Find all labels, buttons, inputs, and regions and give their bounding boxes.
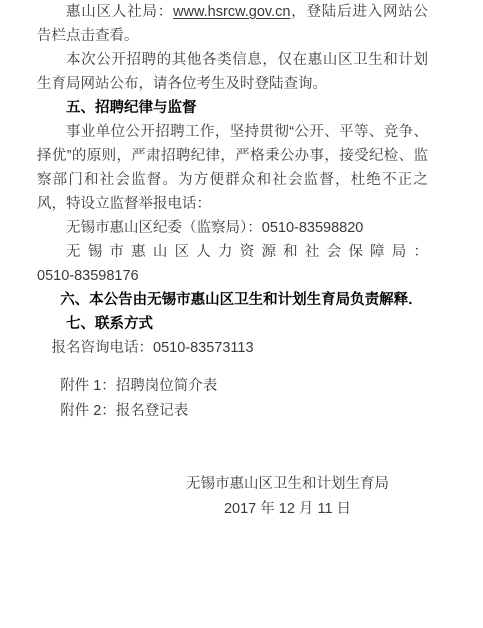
heading-section-7: 七、联系方式 [37, 312, 428, 336]
hsrcw-website-link[interactable]: www.hsrcw.gov.cn [173, 4, 290, 20]
paragraph-website-info: 惠山区人社局：www.hsrcw.gov.cn，登陆后进入网站公告栏点击查看。 [37, 0, 428, 48]
attachment-1: 附件 1：招聘岗位简介表 [37, 374, 428, 399]
attachments: 附件 1：招聘岗位简介表 附件 2：报名登记表 [37, 374, 428, 424]
phone-jiwei-line: 无锡市惠山区纪委（监察局）：0510-83598820 [37, 216, 428, 240]
contact-phone-line: 报名咨询电话：0510-83573113 [37, 336, 428, 360]
phone-renshe-label-line: 无锡市惠山区人力资源和社会保障局： [37, 240, 428, 264]
website-line-pre: 惠山区人社局： [66, 4, 173, 20]
heading-section-6: 六、本公告由无锡市惠山区卫生和计划生育局负责解释． [37, 288, 428, 312]
signature-organization: 无锡市惠山区卫生和计划生育局 [147, 472, 428, 497]
heading-section-5: 五、招聘纪律与监督 [37, 96, 428, 120]
announcement-document: 惠山区人社局：www.hsrcw.gov.cn，登陆后进入网站公告栏点击查看。 … [0, 0, 483, 628]
attachment-2: 附件 2：报名登记表 [37, 399, 428, 424]
paragraph-discipline: 事业单位公开招聘工作，坚持贯彻“公开、平等、竞争、择优”的原则，严肃招聘纪律，严… [37, 120, 428, 216]
phone-renshe-number-line: 0510-83598176 [37, 264, 428, 288]
signature-date: 2017 年 12 月 11 日 [147, 497, 428, 522]
signature-block: 无锡市惠山区卫生和计划生育局 2017 年 12 月 11 日 [37, 472, 428, 522]
paragraph-other-info: 本次公开招聘的其他各类信息，仅在惠山区卫生和计划生育局网站公布，请各位考生及时登… [37, 48, 428, 96]
